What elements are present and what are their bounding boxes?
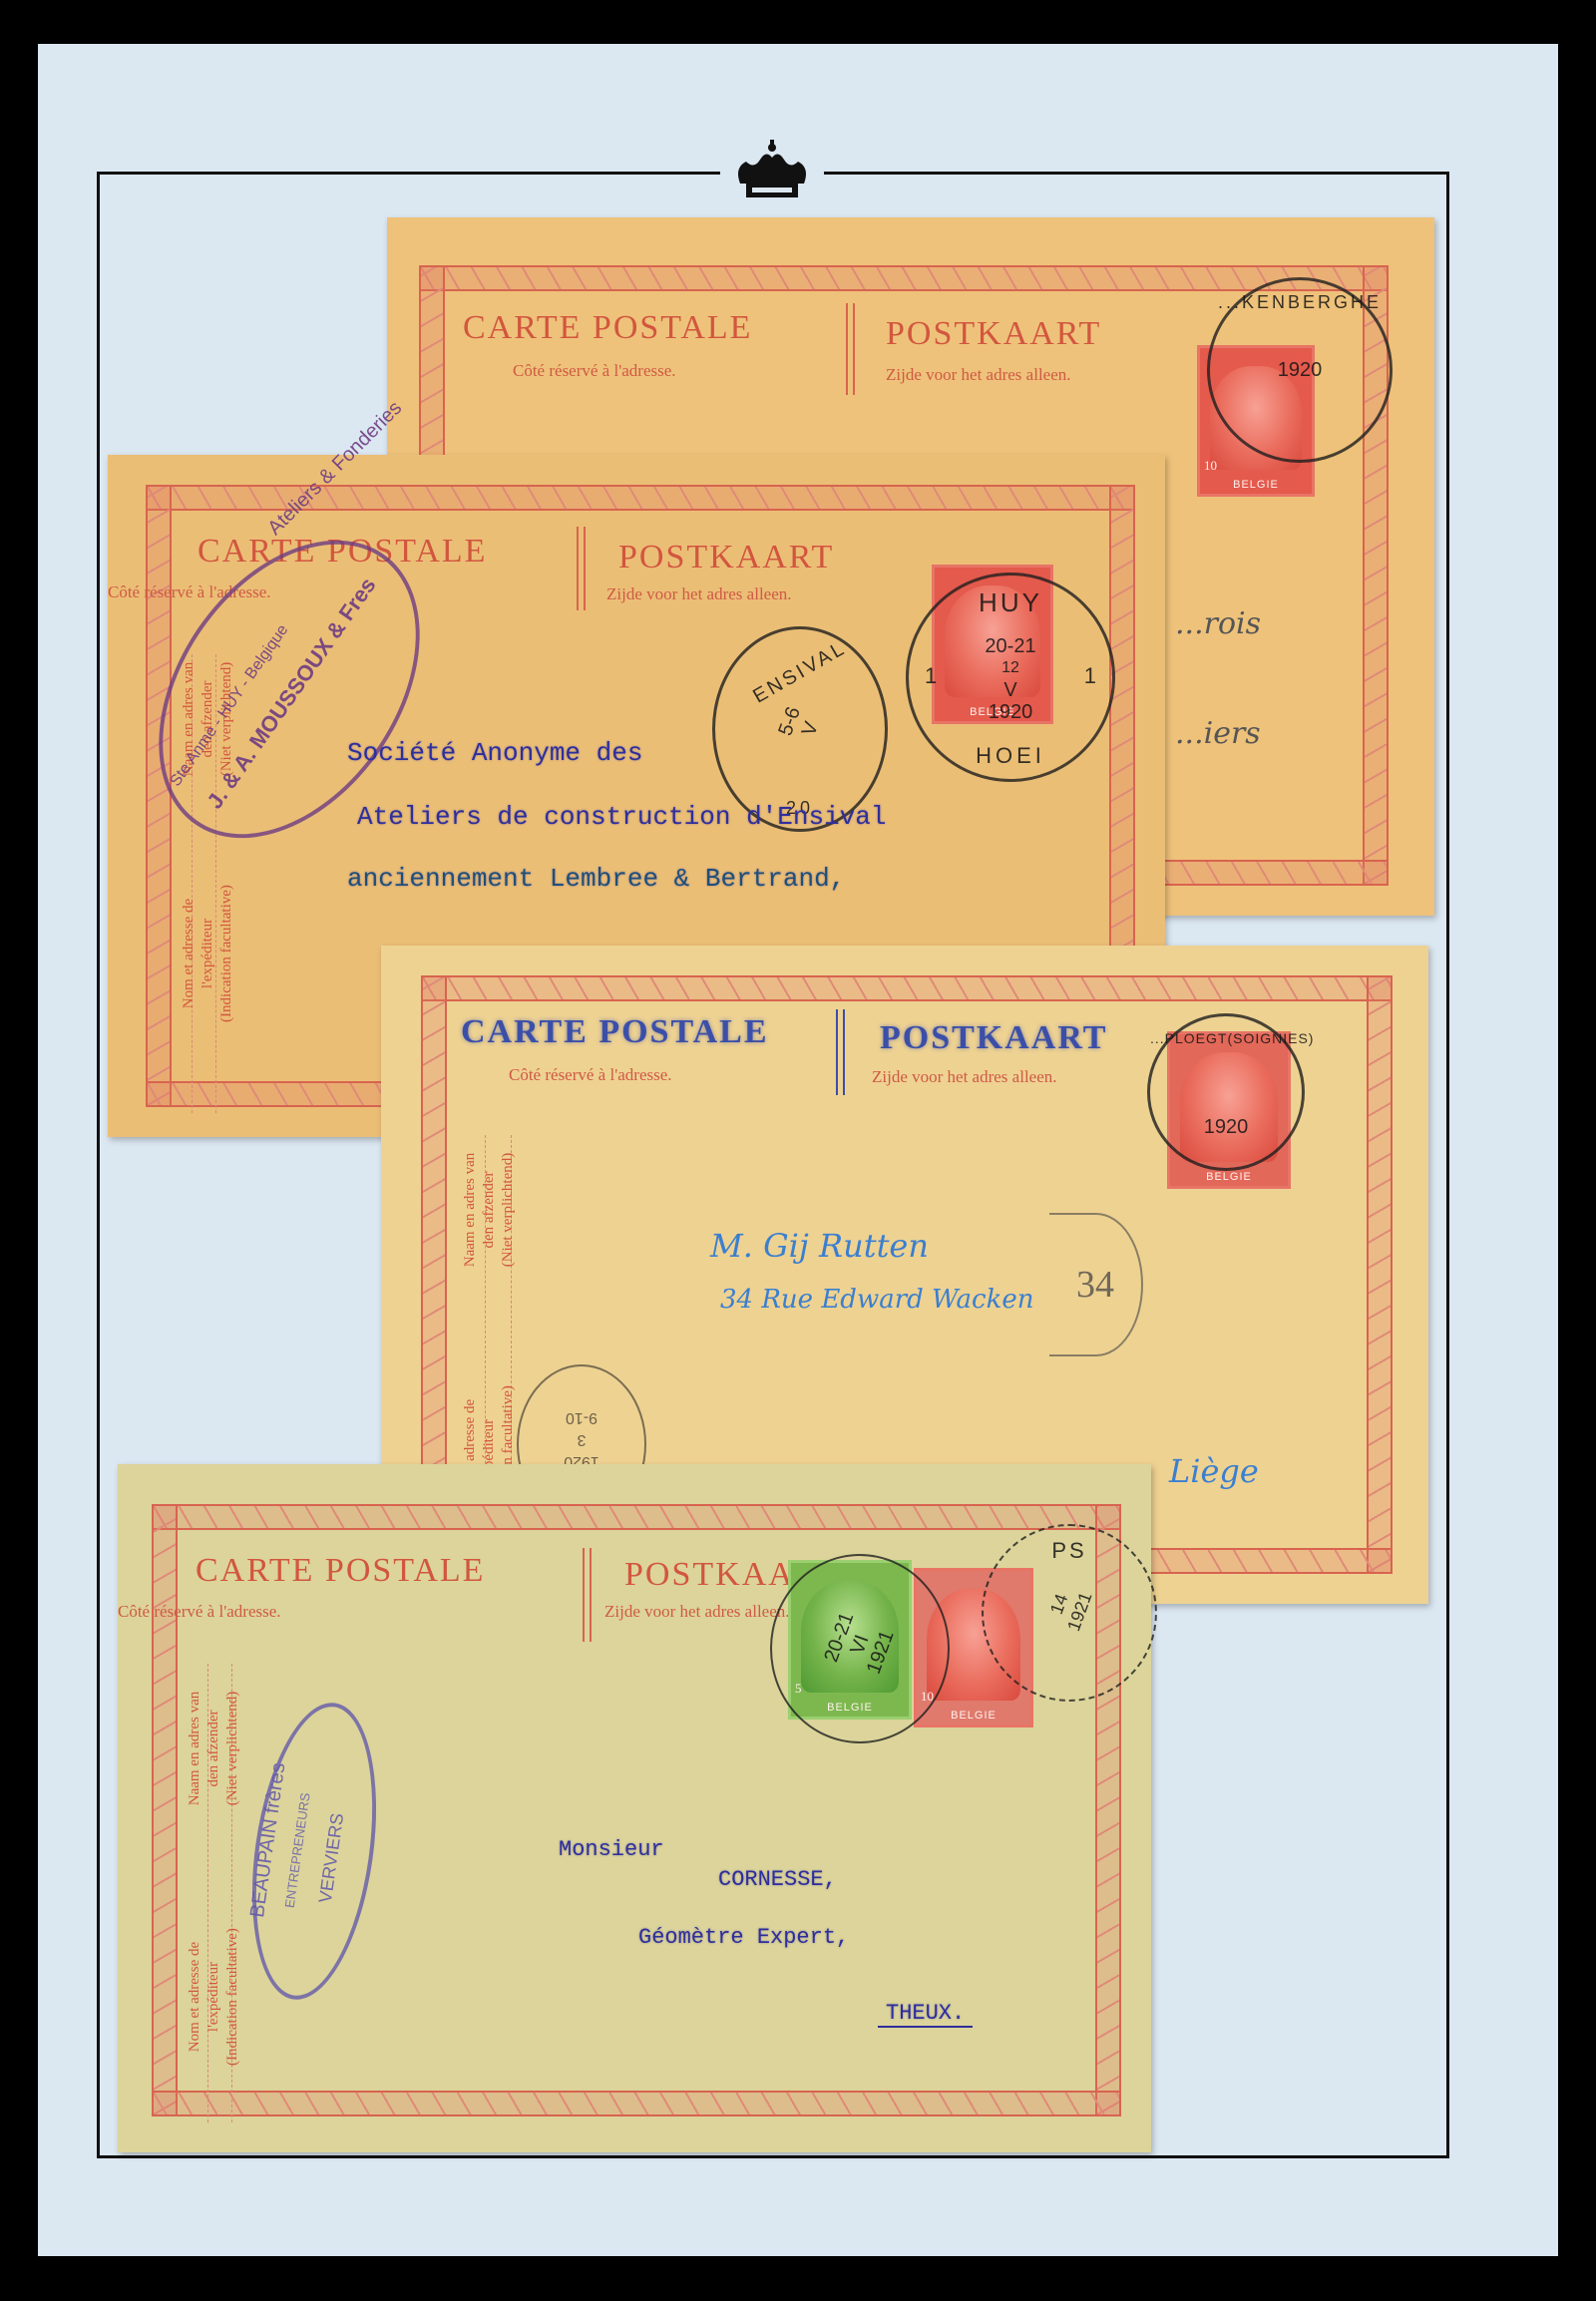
postmark-huy: HUY 20-21 12 V 1920 1 1 HOEI (906, 573, 1115, 782)
address-line-2: CORNESSE, (718, 1867, 837, 1892)
address-line-2: Ateliers de construction d'Ensival (357, 802, 887, 832)
card-subtitle-nl: Zijde voor het adres alleen. (606, 584, 792, 604)
postcard-4: CARTE POSTALE Côté réservé à l'adresse. … (118, 1464, 1151, 2152)
address-line-4: THEUX. (878, 2001, 973, 2028)
card-divider (846, 303, 855, 395)
card-title-nl: POSTKAART (880, 1019, 1107, 1057)
sender-label-fr: Nom et adresse del'expéditeur(Indication… (180, 854, 236, 1053)
sender-label-nl: Naam en adres vanden afzender(Niet verpl… (186, 1654, 242, 1843)
sender-label-nl: Naam en adres vanden afzender(Niet verpl… (461, 1115, 518, 1305)
crown-icon (720, 140, 824, 211)
handwriting-line-1: ...rois (1175, 606, 1261, 641)
card-subtitle-nl: Zijde voor het adres alleen. (872, 1067, 1057, 1087)
address-line-3: Géomètre Expert, (638, 1925, 849, 1950)
card-divider (836, 1009, 845, 1095)
sender-label-fr: Nom et adresse del'expéditeur(Indication… (186, 1897, 242, 2097)
handwriting-line-2: ...iers (1175, 716, 1261, 751)
card-divider (577, 527, 586, 610)
card-title-fr: CARTE POSTALE (461, 1013, 769, 1051)
transit-mark-34: 34 (1049, 1213, 1143, 1356)
card-subtitle-fr: Côté réservé à l'adresse. (509, 1065, 672, 1085)
handwriting-line-2: 34 Rue Edward Wacken (720, 1285, 1033, 1315)
card-title-nl: POSTKAART (886, 315, 1101, 353)
handwriting-line-1: M. Gij Rutten (710, 1227, 929, 1265)
postmark-ps: PS 14 1921 (982, 1524, 1157, 1702)
card-title-fr: CARTE POSTALE (196, 1552, 485, 1590)
postmark-soignies: ...PLOEGT(SOIGNIES) 1920 (1147, 1013, 1305, 1171)
card-divider (583, 1548, 592, 1642)
address-line-1: Monsieur (559, 1837, 664, 1862)
card-subtitle-fr: Côté réservé à l'adresse. (118, 1602, 281, 1622)
postmark-1921-left: 20-21 VI 1921 (770, 1554, 950, 1743)
card-subtitle-nl: Zijde voor het adres alleen. (886, 365, 1071, 385)
card-title-fr: CARTE POSTALE (463, 309, 752, 347)
postmark-kenberghe: ...KENBERGHE 1920 (1207, 277, 1393, 463)
handwriting-line-3: Liège (1169, 1452, 1259, 1490)
card-subtitle-nl: Zijde voor het adres alleen. (604, 1602, 790, 1622)
card-subtitle-fr: Côté réservé à l'adresse. (513, 361, 676, 381)
card-title-nl: POSTKAART (618, 539, 834, 576)
address-line-1: Société Anonyme des (347, 738, 642, 768)
address-line-3: anciennement Lembree & Bertrand, (347, 864, 845, 894)
